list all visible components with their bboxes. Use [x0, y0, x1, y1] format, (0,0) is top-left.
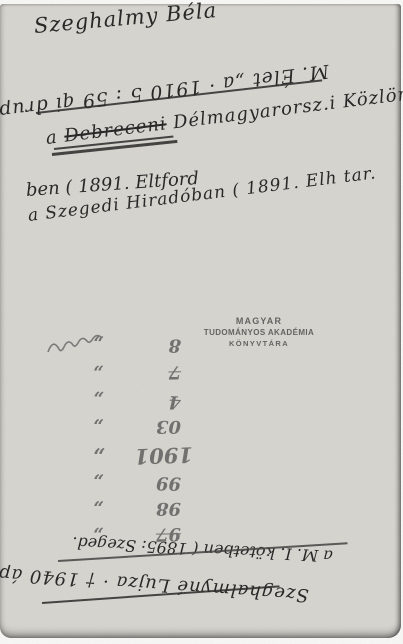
ditto-mark: „	[93, 471, 104, 492]
pencil-year-row: 7 „	[93, 361, 181, 384]
handwritten-crossed-note-mid: a M. I. kötetben ( 1895: Szeged.	[55, 532, 351, 566]
year-value: 03	[156, 416, 181, 437]
scanned-card-surface: Szeghalmy Béla M. Élet „a · 1910 5 : 59 …	[0, 4, 401, 638]
pencil-year-row: 8 „	[93, 333, 181, 356]
stamp-line-1: MAGYAR	[196, 316, 322, 327]
year-value: 98	[156, 498, 181, 519]
handwritten-crossed-note-bottom: Szeghalmyné Lujza · † 1940 ápr. 10.	[4, 563, 310, 605]
pencil-year-row: 4 „	[93, 388, 182, 412]
pencil-year-row: 03 „	[93, 416, 181, 437]
ditto-mark: „	[93, 416, 103, 437]
stamp-line-3: KÖNYVTÁRA	[196, 338, 322, 349]
ditto-mark: „	[93, 498, 103, 519]
pencil-year-row: 98 „	[93, 498, 181, 519]
ditto-mark: „	[93, 363, 104, 384]
pencil-year-row: 1901 „	[93, 442, 194, 470]
handwritten-name: Szeghalmy Béla	[33, 0, 218, 38]
year-value: 1901	[134, 442, 193, 469]
year-value: 8	[168, 335, 181, 356]
ditto-mark: „	[93, 333, 104, 354]
ditto-mark: „	[93, 445, 106, 470]
library-stamp: MAGYAR TUDOMÁNYOS AKADÉMIA KÖNYVTÁRA	[196, 316, 322, 349]
year-value: 7	[168, 361, 181, 382]
pencil-year-row: 99 „	[93, 471, 181, 494]
stamp-line-2: TUDOMÁNYOS AKADÉMIA	[196, 327, 322, 338]
year-value: 4	[168, 391, 181, 412]
ditto-mark: „	[93, 388, 104, 409]
year-value: 99	[156, 472, 181, 493]
